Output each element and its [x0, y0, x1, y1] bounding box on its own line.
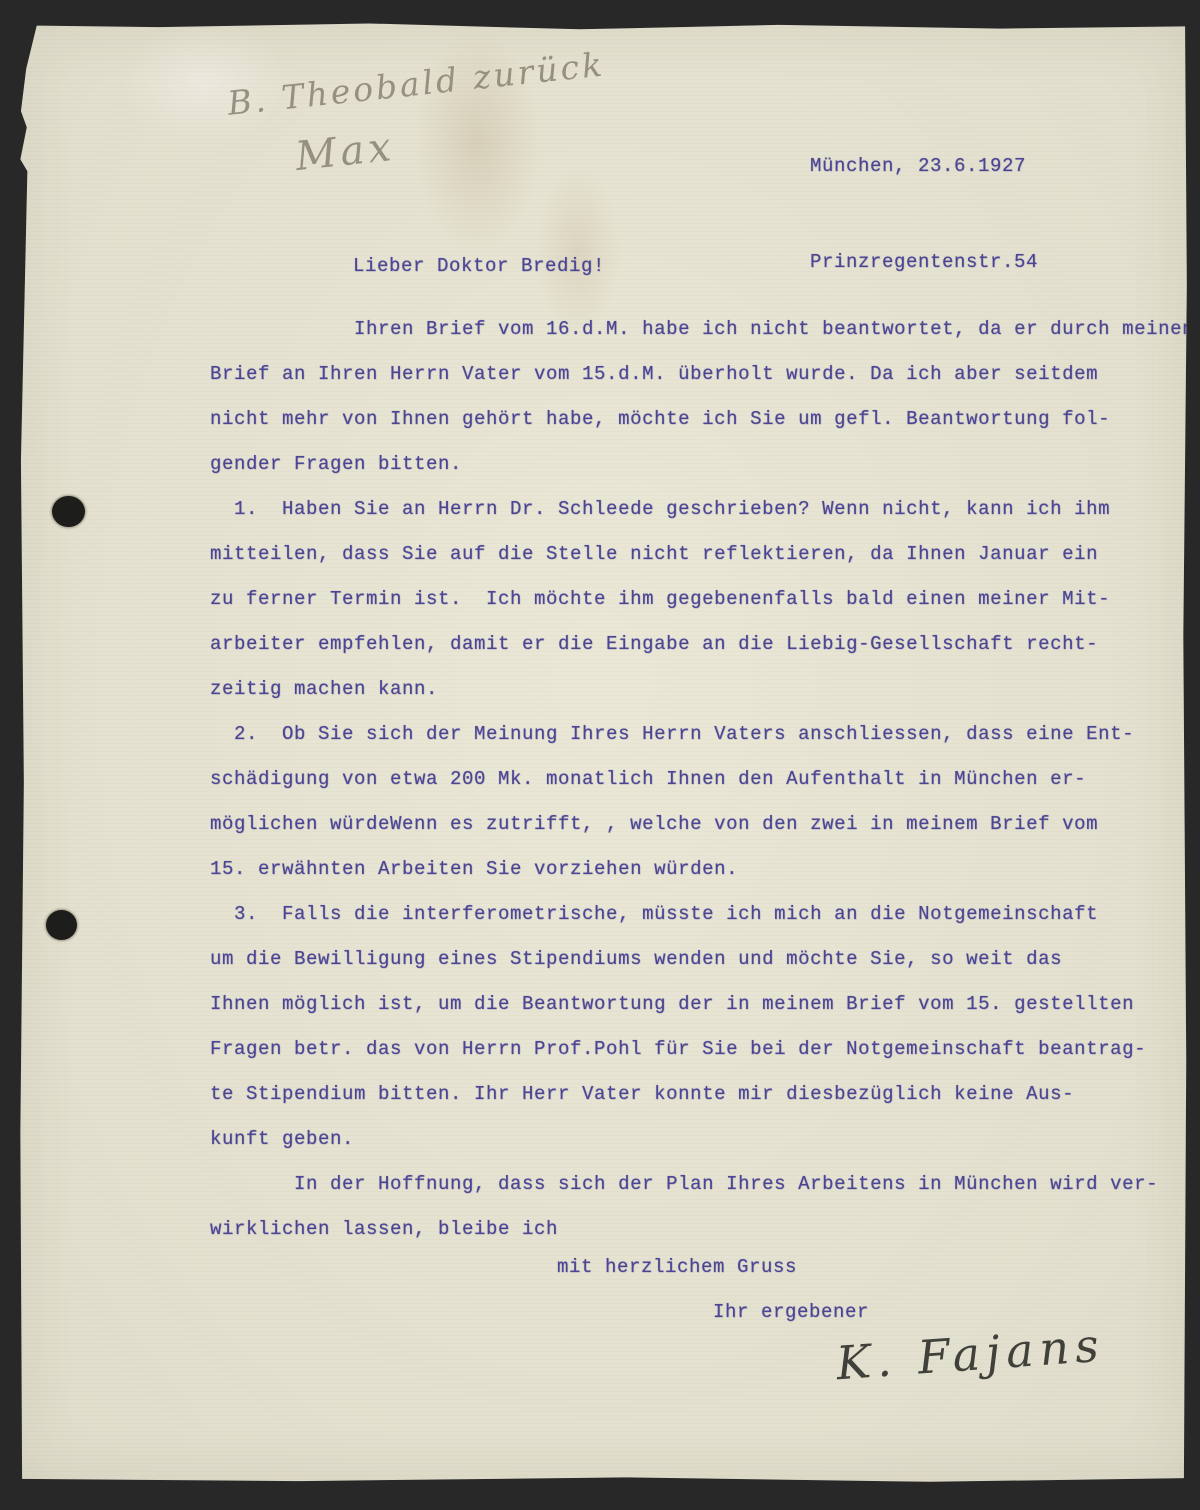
body-line: wirklichen lassen, bleibe ich	[210, 1207, 1194, 1252]
closing-valediction: Ihr ergebener	[713, 1301, 869, 1323]
scanned-letter-background: B. Theobald zurück Max München, 23.6.192…	[0, 0, 1200, 1510]
body-line: um die Bewilligung eines Stipendiums wen…	[210, 937, 1194, 982]
body-line: 1. Haben Sie an Herrn Dr. Schleede gesch…	[210, 487, 1194, 532]
letter-body: Ihren Brief vom 16.d.M. habe ich nicht b…	[210, 307, 1194, 1252]
salutation: Lieber Doktor Bredig!	[353, 255, 605, 277]
body-line: arbeiter empfehlen, damit er die Eingabe…	[210, 622, 1194, 667]
punch-hole-bottom	[46, 910, 77, 940]
body-line: zu ferner Termin ist. Ich möchte ihm geg…	[210, 577, 1194, 622]
body-line: Ihnen möglich ist, um die Beantwortung d…	[210, 982, 1194, 1027]
body-line: 3. Falls die interferometrische, müsste …	[210, 892, 1194, 937]
body-line: möglichen würdeWenn es zutrifft, , welch…	[210, 802, 1194, 847]
signature-handwritten: K. Fajans	[834, 1318, 1106, 1391]
body-line: nicht mehr von Ihnen gehört habe, möchte…	[210, 397, 1194, 442]
punch-hole-top	[52, 496, 85, 527]
annotation-line-2: Max	[293, 101, 613, 180]
body-line: te Stipendium bitten. Ihr Herr Vater kon…	[210, 1072, 1194, 1117]
body-line: gender Fragen bitten.	[210, 442, 1194, 487]
body-line: kunft geben.	[210, 1117, 1194, 1162]
letterhead-street: Prinzregentenstr.54	[810, 246, 1038, 278]
letterhead-place-date: München, 23.6.1927	[810, 150, 1038, 182]
body-line: 2. Ob Sie sich der Meinung Ihres Herrn V…	[210, 712, 1194, 757]
body-line: schädigung von etwa 200 Mk. monatlich Ih…	[210, 757, 1194, 802]
body-line: In der Hoffnung, dass sich der Plan Ihre…	[210, 1162, 1194, 1207]
letter-paper: B. Theobald zurück Max München, 23.6.192…	[18, 22, 1188, 1484]
letterhead: München, 23.6.1927 Prinzregentenstr.54	[810, 86, 1038, 342]
body-line: Ihren Brief vom 16.d.M. habe ich nicht b…	[210, 307, 1194, 352]
closing-greeting: mit herzlichem Gruss	[557, 1256, 797, 1278]
body-line: Brief an Ihren Herrn Vater vom 15.d.M. ü…	[210, 352, 1194, 397]
body-line: Fragen betr. das von Herrn Prof.Pohl für…	[210, 1027, 1194, 1072]
body-line: 15. erwähnten Arbeiten Sie vorziehen wür…	[210, 847, 1194, 892]
pencil-annotation: B. Theobald zurück Max	[226, 44, 614, 186]
body-line: mitteilen, dass Sie auf die Stelle nicht…	[210, 532, 1194, 577]
body-line: zeitig machen kann.	[210, 667, 1194, 712]
